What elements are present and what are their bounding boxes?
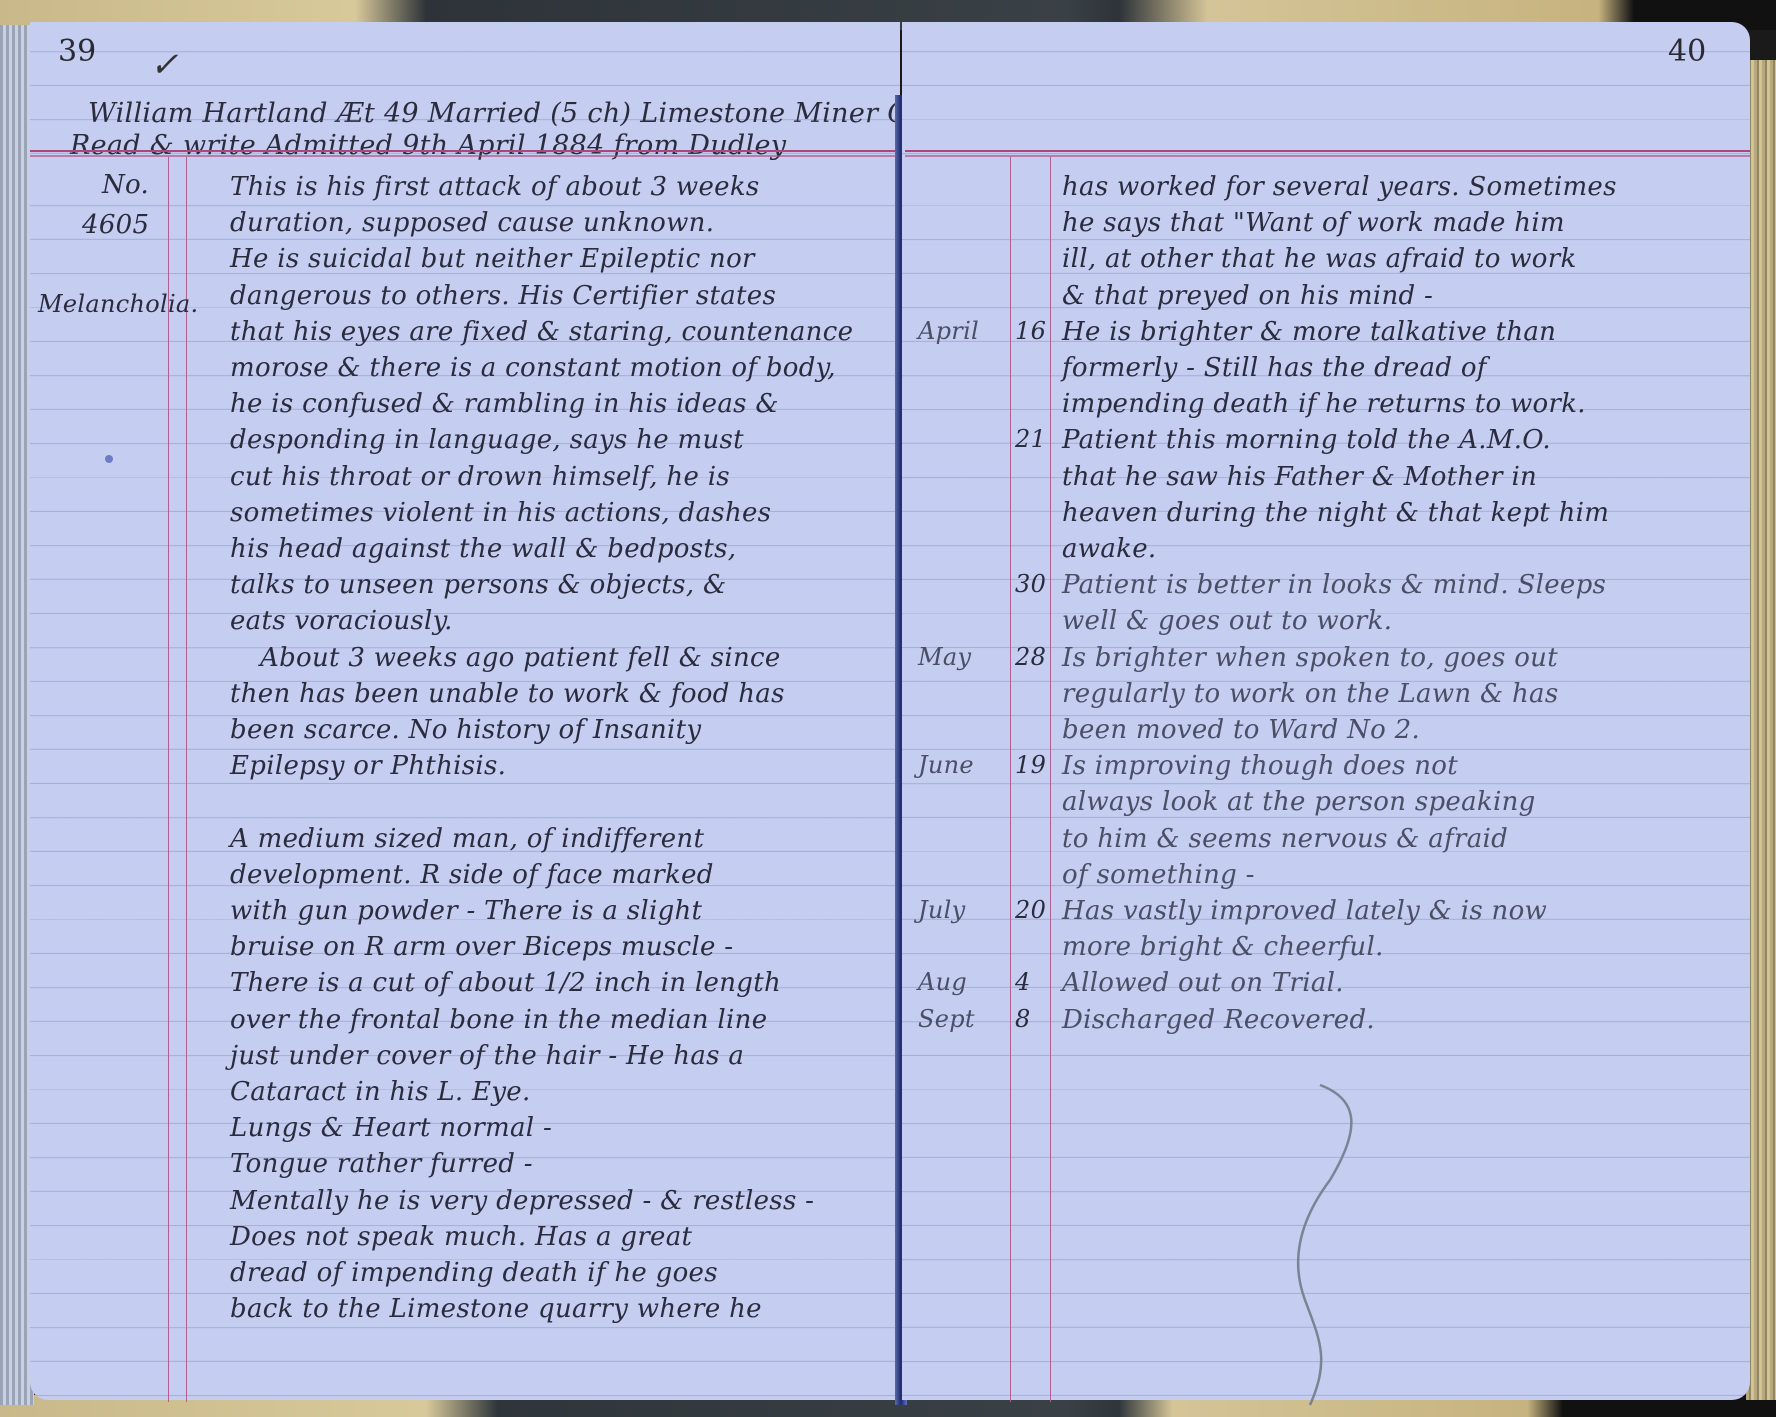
entry-month: April bbox=[918, 317, 979, 345]
case-note-line: he is confused & rambling in his ideas & bbox=[230, 389, 779, 419]
progress-note-line: been moved to Ward No 2. bbox=[1062, 715, 1420, 745]
progress-note-line: regularly to work on the Lawn & has bbox=[1062, 679, 1558, 709]
progress-note-line: & that preyed on his mind - bbox=[1062, 281, 1433, 311]
progress-note-line: Allowed out on Trial. bbox=[1062, 968, 1344, 998]
entry-day: 30 bbox=[1015, 570, 1046, 598]
progress-note-line: Is improving though does not bbox=[1062, 751, 1458, 781]
progress-note-line: Discharged Recovered. bbox=[1062, 1005, 1375, 1035]
progress-note-line: impending death if he returns to work. bbox=[1062, 389, 1586, 419]
case-note-line: Lungs & Heart normal - bbox=[230, 1113, 552, 1143]
case-number: 4605 bbox=[82, 210, 149, 240]
case-note-line: eats voraciously. bbox=[230, 606, 453, 636]
header-rule-top bbox=[30, 150, 900, 152]
progress-note-line: He is brighter & more talkative than bbox=[1062, 317, 1556, 347]
progress-note-line: Patient this morning told the A.M.O. bbox=[1062, 425, 1551, 455]
case-note-line: cut his throat or drown himself, he is bbox=[230, 462, 730, 492]
header-rule-right-bottom bbox=[905, 155, 1750, 157]
progress-note-line: awake. bbox=[1062, 534, 1156, 564]
check-mark: ✓ bbox=[150, 45, 179, 85]
case-note-line: desponding in language, says he must bbox=[230, 425, 744, 455]
progress-note-line: to him & seems nervous & afraid bbox=[1062, 824, 1508, 854]
page-edges-right bbox=[1746, 60, 1776, 1400]
case-note-line: There is a cut of about 1/2 inch in leng… bbox=[230, 968, 781, 998]
page-edges-left bbox=[0, 25, 34, 1405]
progress-note-line: formerly - Still has the dread of bbox=[1062, 353, 1487, 383]
case-note-line: sometimes violent in his actions, dashes bbox=[230, 498, 771, 528]
entry-month: Aug bbox=[918, 968, 967, 996]
case-note-line: then has been unable to work & food has bbox=[230, 679, 785, 709]
case-note-line: A medium sized man, of indifferent bbox=[230, 824, 704, 854]
case-note-line: that his eyes are fixed & staring, count… bbox=[230, 317, 853, 347]
entry-month: May bbox=[918, 643, 971, 671]
date-rule-2 bbox=[1050, 157, 1051, 1402]
margin-rule-1 bbox=[168, 157, 169, 1402]
end-of-entry-squiggle bbox=[1270, 1070, 1360, 1410]
case-note-line: morose & there is a constant motion of b… bbox=[230, 353, 836, 383]
case-note-line: Does not speak much. Has a great bbox=[230, 1222, 692, 1252]
entry-month: June bbox=[918, 751, 974, 779]
case-note-line: Tongue rather furred - bbox=[230, 1149, 533, 1179]
case-note-line: Cataract in his L. Eye. bbox=[230, 1077, 531, 1107]
progress-note-line: he says that "Want of work made him bbox=[1062, 208, 1565, 238]
header-rule-bottom bbox=[30, 155, 900, 157]
date-rule-1 bbox=[1010, 157, 1011, 1402]
case-note-line: duration, supposed cause unknown. bbox=[230, 208, 714, 238]
diagnosis: Melancholia. bbox=[38, 290, 198, 318]
progress-note-line: Patient is better in looks & mind. Sleep… bbox=[1062, 570, 1606, 600]
progress-note-line: ill, at other that he was afraid to work bbox=[1062, 244, 1577, 274]
case-note-line: bruise on R arm over Biceps muscle - bbox=[230, 932, 733, 962]
progress-note-line: always look at the person speaking bbox=[1062, 787, 1536, 817]
progress-note-line: well & goes out to work. bbox=[1062, 606, 1392, 636]
entry-day: 21 bbox=[1015, 425, 1046, 453]
entry-day: 8 bbox=[1015, 1005, 1031, 1033]
case-note-line: talks to unseen persons & objects, & bbox=[230, 570, 726, 600]
case-note-line: About 3 weeks ago patient fell & since bbox=[260, 643, 781, 673]
case-note-line: This is his first attack of about 3 week… bbox=[230, 172, 760, 202]
case-note-line: with gun powder - There is a slight bbox=[230, 896, 702, 926]
case-note-line: dangerous to others. His Certifier state… bbox=[230, 281, 776, 311]
entry-month: July bbox=[918, 896, 966, 924]
progress-note-line: more bright & cheerful. bbox=[1062, 932, 1384, 962]
case-note-line: He is suicidal but neither Epileptic nor bbox=[230, 244, 755, 274]
patient-header-line-1: William Hartland Æt 49 Married (5 ch) Li… bbox=[88, 98, 999, 129]
entry-day: 16 bbox=[1015, 317, 1046, 345]
margin-rule-2 bbox=[186, 157, 187, 1402]
case-note-line: just under cover of the hair - He has a bbox=[230, 1041, 744, 1071]
case-note-line: his head against the wall & bedposts, bbox=[230, 534, 736, 564]
case-note-line: been scarce. No history of Insanity bbox=[230, 715, 701, 745]
progress-note-line: has worked for several years. Sometimes bbox=[1062, 172, 1617, 202]
progress-note-line: of something - bbox=[1062, 860, 1255, 890]
progress-note-line: Has vastly improved lately & is now bbox=[1062, 896, 1547, 926]
ink-blot bbox=[105, 455, 113, 463]
case-note-line: back to the Limestone quarry where he bbox=[230, 1294, 762, 1324]
case-note-line: development. R side of face marked bbox=[230, 860, 714, 890]
page-number-right: 40 bbox=[1668, 34, 1706, 69]
case-note-line: dread of impending death if he goes bbox=[230, 1258, 718, 1288]
entry-day: 20 bbox=[1015, 896, 1046, 924]
entry-month: Sept bbox=[918, 1005, 975, 1033]
header-rule-right-top bbox=[905, 150, 1750, 152]
entry-day: 4 bbox=[1015, 968, 1031, 996]
case-note-line: Epilepsy or Phthisis. bbox=[230, 751, 506, 781]
margin-no-label: No. bbox=[102, 170, 149, 200]
entry-day: 19 bbox=[1015, 751, 1046, 779]
page-number-left: 39 bbox=[58, 34, 96, 69]
case-note-line: Mentally he is very depressed - & restle… bbox=[230, 1186, 814, 1216]
progress-note-line: that he saw his Father & Mother in bbox=[1062, 462, 1537, 492]
entry-day: 28 bbox=[1015, 643, 1046, 671]
progress-note-line: heaven during the night & that kept him bbox=[1062, 498, 1609, 528]
progress-note-line: Is brighter when spoken to, goes out bbox=[1062, 643, 1558, 673]
case-note-line: over the frontal bone in the median line bbox=[230, 1005, 767, 1035]
